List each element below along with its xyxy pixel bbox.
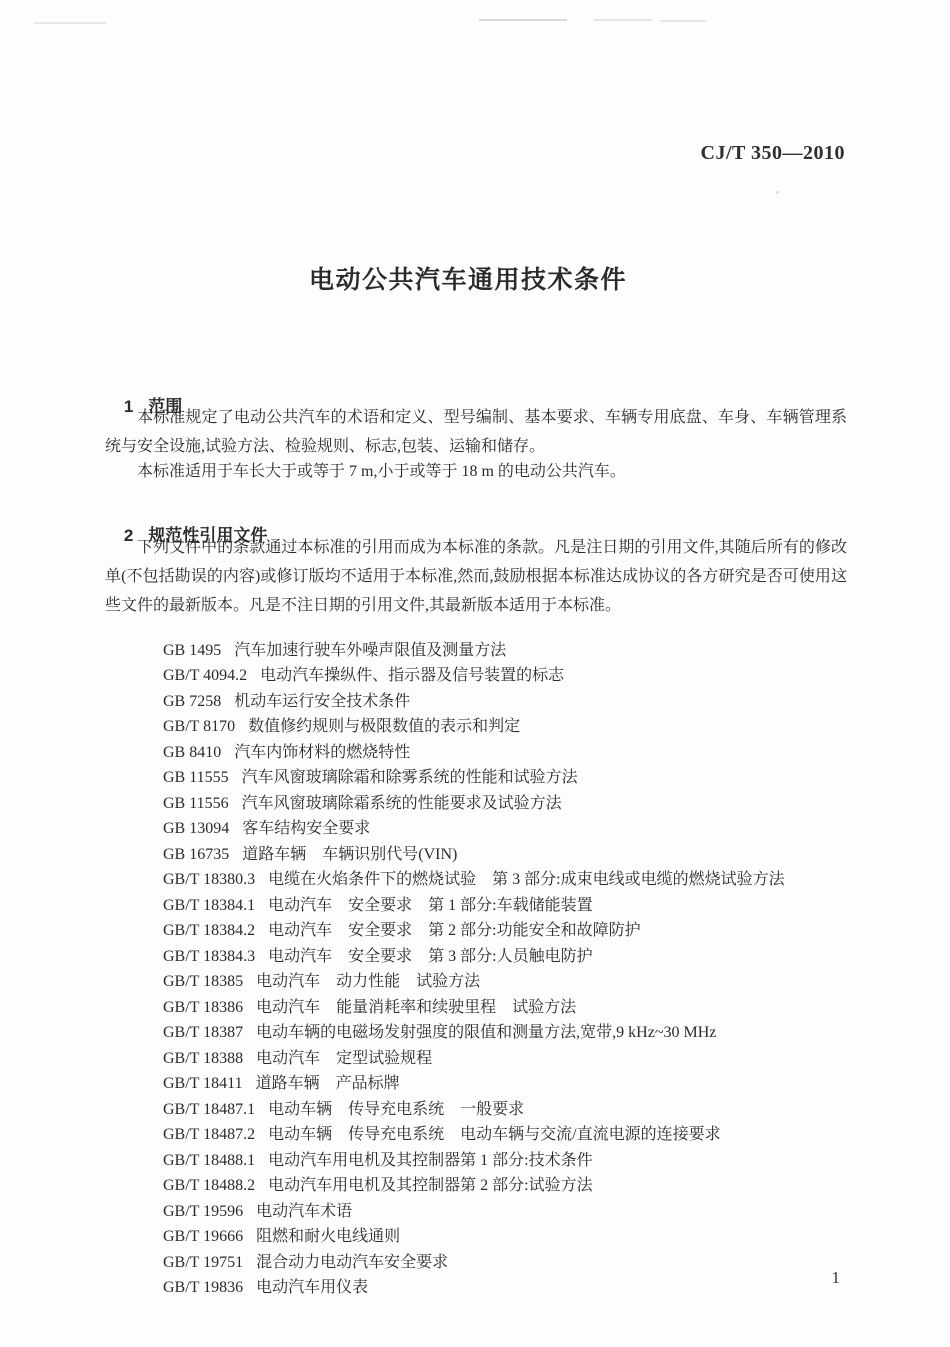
reference-code: GB/T 18387 xyxy=(163,1020,243,1046)
reference-title: 电动汽车 定型试验规程 xyxy=(256,1050,432,1067)
reference-title: 阻燃和耐火电线通则 xyxy=(256,1228,400,1245)
reference-code: GB/T 8170 xyxy=(163,714,235,740)
scan-artifact xyxy=(34,22,106,24)
reference-code: GB 11556 xyxy=(163,791,229,817)
doc-number: CJ/T 350—2010 xyxy=(701,142,845,165)
reference-code: GB 16735 xyxy=(163,842,229,868)
reference-code: GB/T 18386 xyxy=(163,995,243,1021)
reference-title: 电动车辆 传导充电系统 一般要求 xyxy=(268,1101,524,1118)
reference-title: 汽车风窗玻璃除霜和除雾系统的性能和试验方法 xyxy=(242,769,578,786)
scan-artifact xyxy=(479,19,567,21)
reference-code: GB 7258 xyxy=(163,689,221,715)
reference-title: 汽车内饰材料的燃烧特性 xyxy=(234,744,410,761)
reference-code: GB/T 18488.2 xyxy=(163,1173,255,1199)
reference-title: 道路车辆 车辆识别代号(VIN) xyxy=(242,846,457,863)
reference-title: 电动汽车用电机及其控制器第 1 部分:技术条件 xyxy=(268,1152,592,1169)
scope-paragraph-2: 本标准适用于车长大于或等于 7 m,小于或等于 18 m 的电动公共汽车。 xyxy=(105,457,847,486)
reference-code: GB/T 18388 xyxy=(163,1046,243,1072)
document-page: CJ/T 350—2010 电动公共汽车通用技术条件 1范围 本标准规定了电动公… xyxy=(0,0,950,1347)
reference-code: GB/T 19751 xyxy=(163,1250,243,1276)
reference-title: 电缆在火焰条件下的燃烧试验 第 3 部分:成束电线或电缆的燃烧试验方法 xyxy=(268,871,784,888)
scan-artifact xyxy=(776,191,779,194)
reference-title: 电动汽车 安全要求 第 3 部分:人员触电防护 xyxy=(268,948,592,965)
reference-title: 电动汽车用电机及其控制器第 2 部分:试验方法 xyxy=(268,1177,592,1194)
reference-code: GB/T 19596 xyxy=(163,1199,243,1225)
scope-paragraph-1: 本标准规定了电动公共汽车的术语和定义、型号编制、基本要求、车辆专用底盘、车身、车… xyxy=(105,403,847,461)
reference-title: 电动汽车 安全要求 第 1 部分:车载储能装置 xyxy=(268,897,592,914)
references-list: GB 1495汽车加速行驶车外噪声限值及测量方法 GB/T 4094.2电动汽车… xyxy=(139,612,879,1275)
reference-title: 汽车加速行驶车外噪声限值及测量方法 xyxy=(234,642,506,659)
reference-code: GB 1495 xyxy=(163,638,221,664)
page-number: 1 xyxy=(832,1268,841,1288)
reference-item: GB 1495汽车加速行驶车外噪声限值及测量方法 xyxy=(139,612,879,638)
scan-artifact xyxy=(660,20,706,22)
reference-code: GB/T 18487.2 xyxy=(163,1122,255,1148)
reference-title: 机动车运行安全技术条件 xyxy=(234,693,410,710)
reference-code: GB/T 18380.3 xyxy=(163,867,255,893)
reference-title: 数值修约规则与极限数值的表示和判定 xyxy=(248,718,520,735)
reference-code: GB/T 4094.2 xyxy=(163,663,247,689)
reference-code: GB/T 18488.1 xyxy=(163,1148,255,1174)
reference-code: GB 8410 xyxy=(163,740,221,766)
reference-title: 电动汽车 能量消耗率和续驶里程 试验方法 xyxy=(256,999,576,1016)
reference-title: 混合动力电动汽车安全要求 xyxy=(256,1254,448,1271)
reference-code: GB/T 19836 xyxy=(163,1275,243,1301)
reference-title: 电动汽车 动力性能 试验方法 xyxy=(256,973,480,990)
page-title: 电动公共汽车通用技术条件 xyxy=(0,260,936,296)
reference-title: 电动汽车术语 xyxy=(256,1203,352,1220)
reference-title: 电动汽车 安全要求 第 2 部分:功能安全和故障防护 xyxy=(268,922,640,939)
reference-code: GB/T 18487.1 xyxy=(163,1097,255,1123)
reference-title: 道路车辆 产品标牌 xyxy=(256,1075,400,1092)
reference-code: GB 13094 xyxy=(163,816,229,842)
reference-code: GB/T 18385 xyxy=(163,969,243,995)
reference-code: GB/T 19666 xyxy=(163,1224,243,1250)
reference-title: 客车结构安全要求 xyxy=(242,820,370,837)
reference-code: GB/T 18384.3 xyxy=(163,944,255,970)
reference-code: GB/T 18411 xyxy=(163,1071,243,1097)
scan-artifact xyxy=(594,19,652,21)
reference-title: 电动汽车用仪表 xyxy=(256,1279,368,1296)
reference-code: GB 11555 xyxy=(163,765,229,791)
reference-title: 电动车辆的电磁场发射强度的限值和测量方法,宽带,9 kHz~30 MHz xyxy=(256,1024,716,1041)
reference-code: GB/T 18384.2 xyxy=(163,918,255,944)
reference-code: GB/T 18384.1 xyxy=(163,893,255,919)
normative-references-intro-paragraph: 下列文件中的条款通过本标准的引用而成为本标准的条款。凡是注日期的引用文件,其随后… xyxy=(105,533,847,620)
reference-title: 汽车风窗玻璃除霜系统的性能要求及试验方法 xyxy=(242,795,562,812)
reference-title: 电动汽车操纵件、指示器及信号装置的标志 xyxy=(260,667,564,684)
reference-title: 电动车辆 传导充电系统 电动车辆与交流/直流电源的连接要求 xyxy=(268,1126,720,1143)
